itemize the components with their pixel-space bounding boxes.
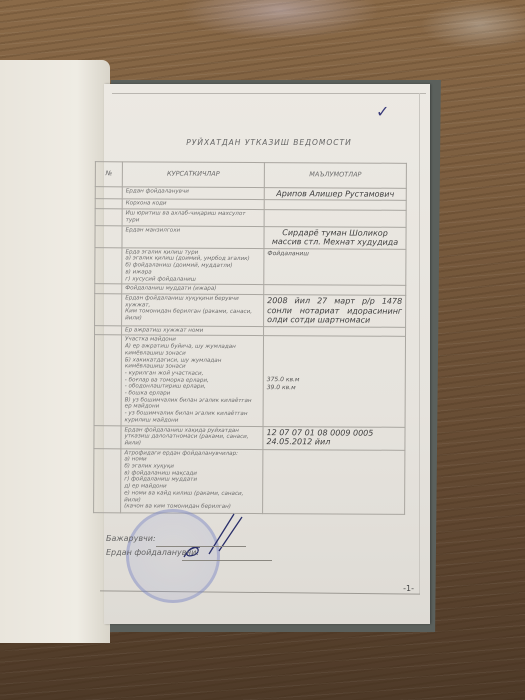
- row-value: [263, 449, 405, 514]
- signature-line: [182, 560, 272, 561]
- signature-line: [156, 546, 246, 547]
- row-label: Атрофидаги ердан фойдаланувчилар: а) ном…: [121, 448, 263, 513]
- row-number: [95, 325, 122, 335]
- page-number: -1-: [403, 584, 414, 593]
- row-number: [94, 448, 121, 512]
- row-value: 375.0 кв.м 39.0 кв.м: [263, 336, 405, 427]
- row-label: Иш юритиш ва ахлаб-чиқариш махсулот тури: [122, 209, 264, 226]
- row-label: Участка майдони А) ер ажратиш буйича, шу…: [121, 335, 263, 426]
- row-number: [94, 425, 121, 448]
- document-title: РУЙХАТДАН УТКАЗИШ ВЕДОМОСТИ: [164, 138, 374, 147]
- row-number: [95, 186, 122, 199]
- header-information: МАЪЛУМОТЛАР: [264, 163, 406, 189]
- row-label: Ердан фойдаланувчи: [122, 187, 264, 200]
- table-row: Ердан фойдаланиш хуқуқини берувчи хужжат…: [95, 294, 406, 327]
- table-row: Ерда эгалик қилиш тури а) эгалик қилиш (…: [95, 247, 406, 285]
- margin-line: [419, 93, 420, 594]
- row-label: Ерда эгалик қилиш тури а) эгалик қилиш (…: [122, 248, 264, 285]
- row-value: 2008 йил 27 март р/р 1478 сонли нотариат…: [264, 294, 406, 327]
- land-user-label: Ердан фойдаланувчи:: [106, 546, 199, 560]
- row-number: [95, 294, 122, 326]
- row-number: [95, 247, 122, 284]
- table-row: Ердан фойдаланиш хақида руйхатдан уткази…: [94, 425, 405, 450]
- row-value: [264, 210, 406, 227]
- header-number: №: [95, 162, 122, 187]
- row-number: [95, 225, 122, 247]
- row-value: Фойдаланиш: [264, 248, 406, 285]
- header-indicators: КУРСАТКИЧЛАР: [122, 162, 264, 188]
- row-number: [95, 284, 122, 294]
- table-row: Иш юритиш ва ахлаб-чиқариш махсулот тури: [95, 209, 406, 227]
- row-value: Арипов Алишер Рустамович: [264, 187, 406, 200]
- row-label: Ердан манзилгохи: [122, 225, 264, 248]
- table-header: № КУРСАТКИЧЛАР МАЪЛУМОТЛАР: [95, 162, 406, 188]
- table-row: Атрофидаги ердан фойдаланувчилар: а) ном…: [94, 448, 405, 514]
- light-glare: [180, 0, 380, 40]
- row-label: Ердан фойдаланиш хақида руйхатдан уткази…: [121, 425, 263, 449]
- light-glare: [420, 0, 525, 50]
- row-number: [94, 335, 121, 425]
- row-value: Сирдарё туман Шоликор массив стл. Мехнат…: [264, 226, 406, 249]
- row-label: Ердан фойдаланиш хуқуқини берувчи хужжат…: [122, 294, 264, 327]
- check-mark-icon: ✓: [376, 102, 389, 121]
- row-value: 12 07 07 01 08 0009 0005 24.05.2012 йил: [263, 426, 405, 450]
- row-number: [95, 199, 122, 209]
- document-page: ✓ РУЙХАТДАН УТКАЗИШ ВЕДОМОСТИ № КУРСАТКИ…: [104, 84, 430, 624]
- registration-table: № КУРСАТКИЧЛАР МАЪЛУМОТЛАР Ердан фойдала…: [93, 161, 407, 515]
- supervisor-label: Бажарувчи:: [106, 532, 199, 546]
- margin-line: [112, 93, 426, 94]
- table-row: Ердан манзилгохиСирдарё туман Шоликор ма…: [95, 225, 406, 249]
- row-number: [95, 209, 122, 226]
- table-row: Участка майдони А) ер ажратиш буйича, шу…: [94, 335, 405, 427]
